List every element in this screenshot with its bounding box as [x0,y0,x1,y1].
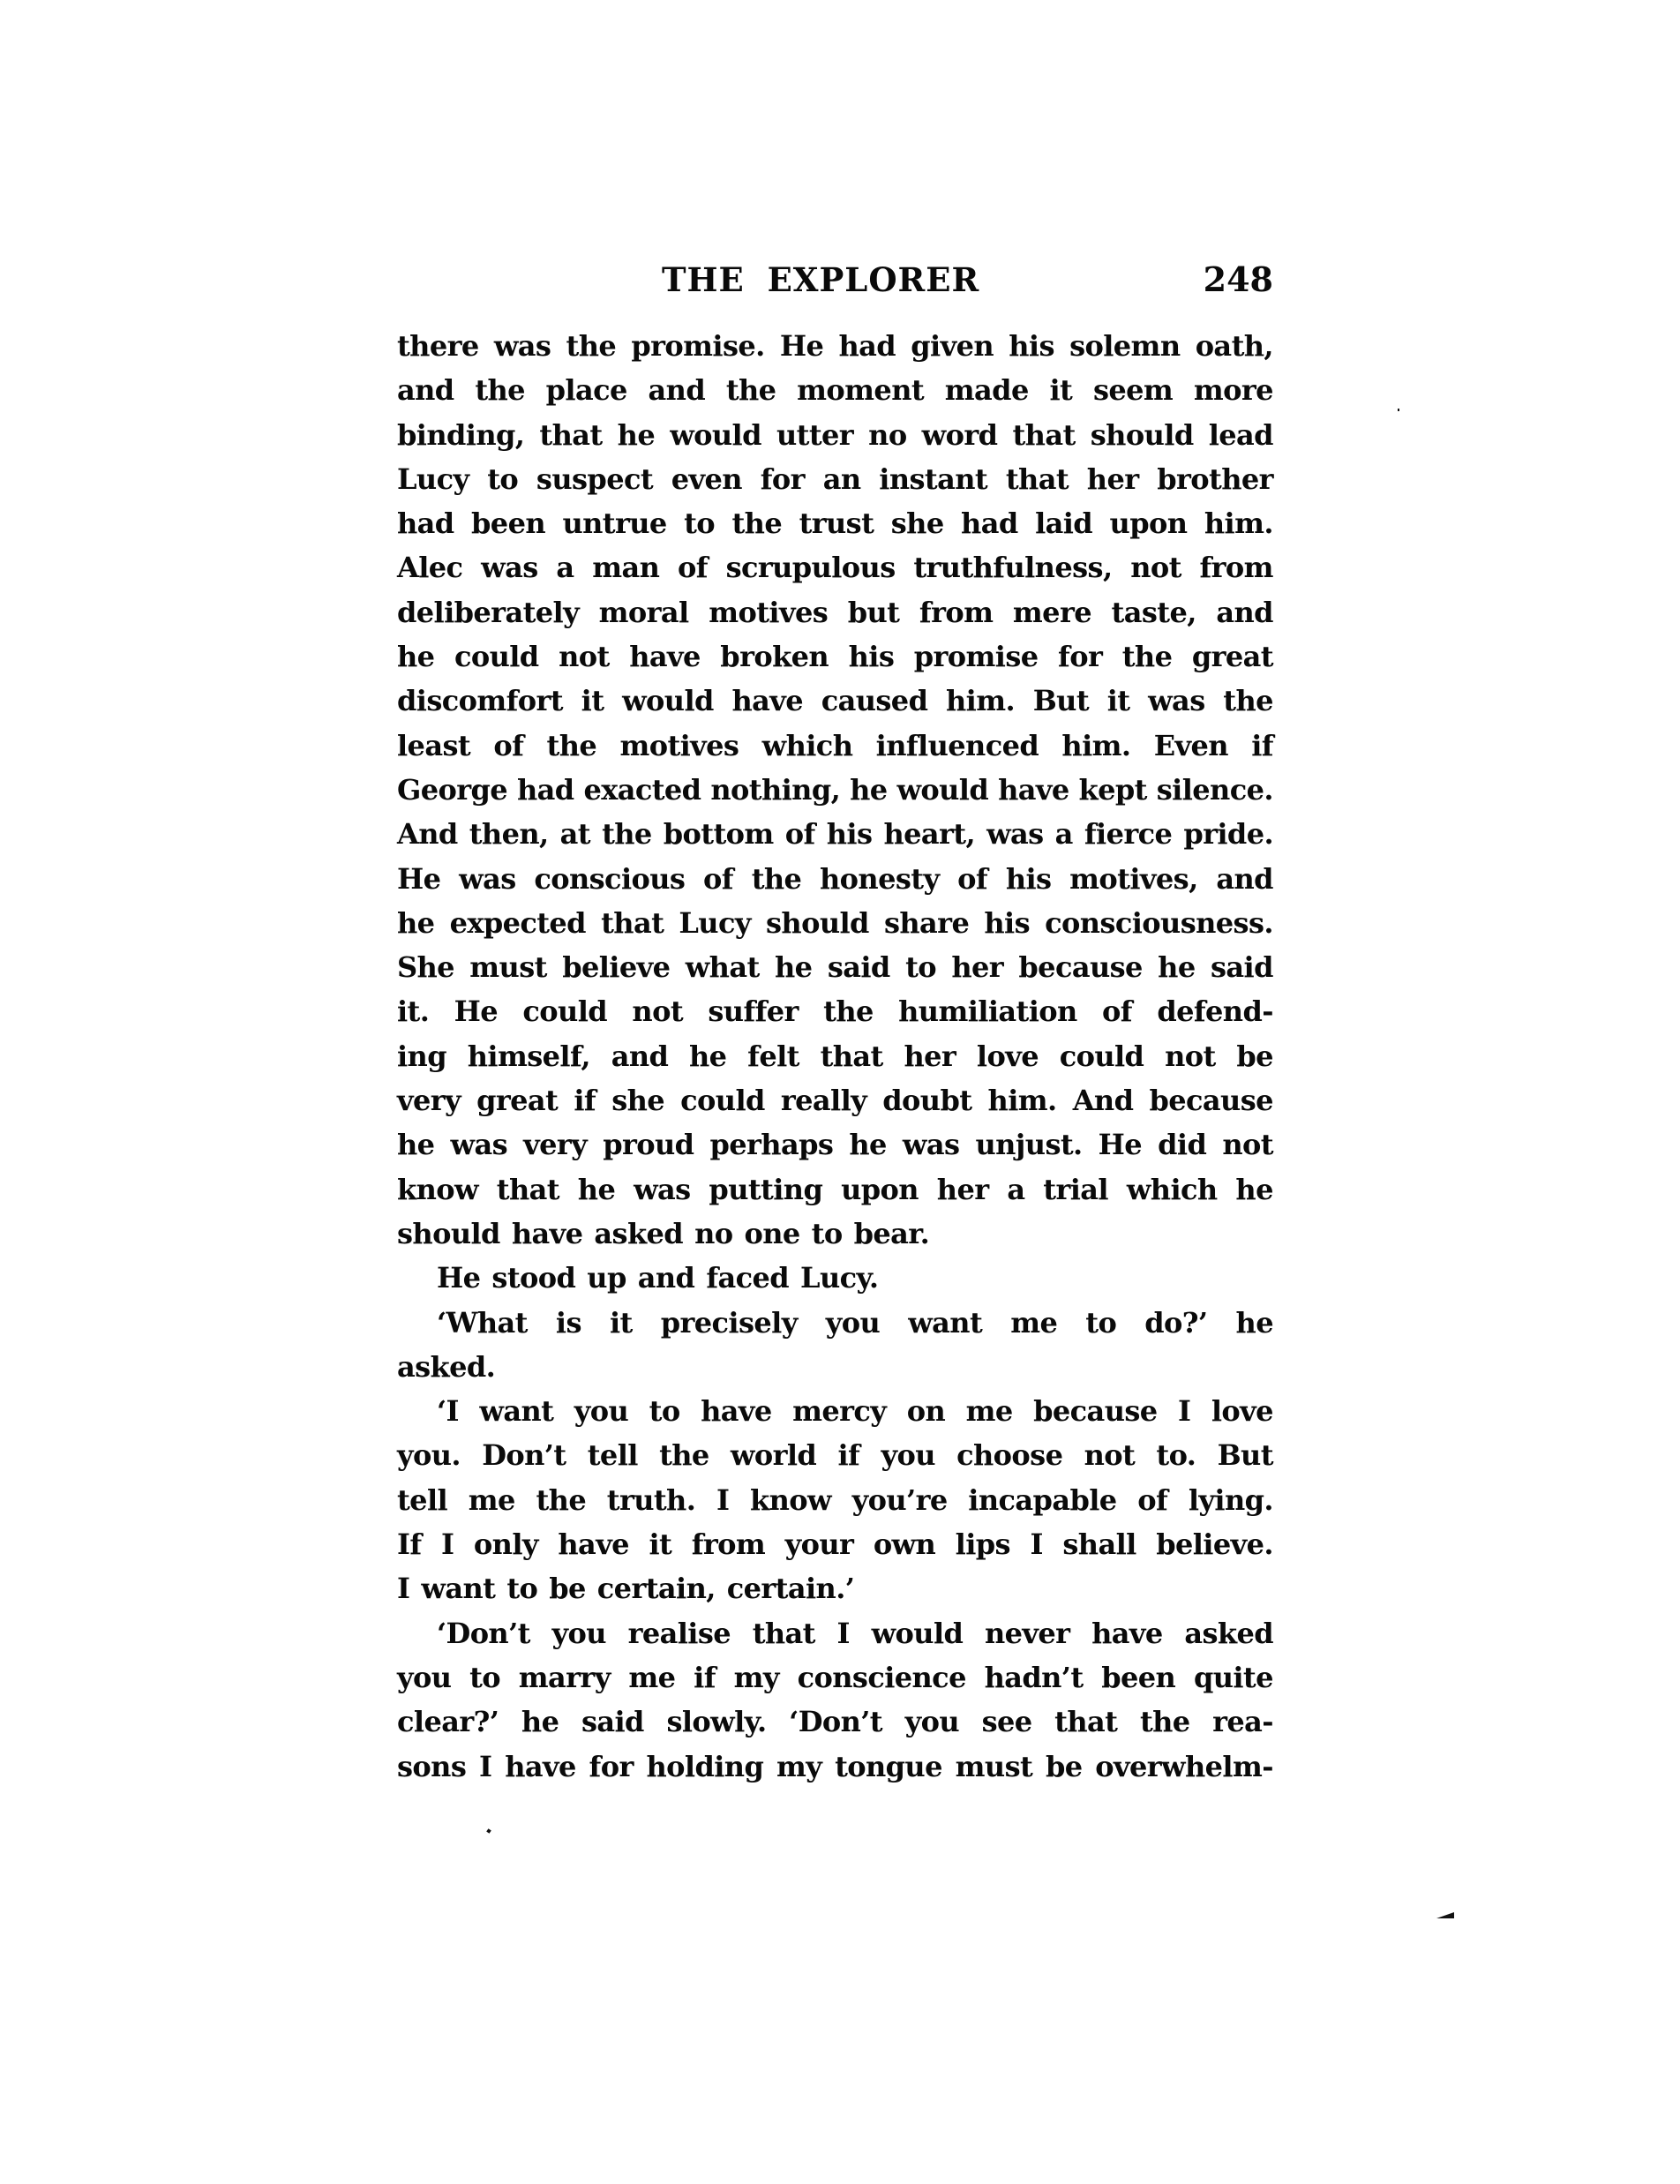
word: the [726,368,776,412]
word: taste, [1112,590,1196,634]
word: that [1054,1700,1117,1744]
word: and [611,1034,669,1078]
word: at [560,812,590,856]
word: that [1006,457,1069,501]
word: must [956,1745,1033,1789]
word: Lucy [397,457,469,501]
word: laid [1035,501,1092,545]
book-page: THE EXPLORER 248 therewasthepromise.Heha… [0,0,1680,2184]
word: believe [562,945,670,989]
word: an [823,457,861,501]
word: ‘Don’t [789,1700,882,1744]
word: you [574,1389,628,1433]
word: said [1211,945,1273,989]
word: man [592,545,659,589]
word: great [1192,634,1273,679]
word: Lucy. [800,1256,878,1300]
word: she [611,1078,664,1122]
word: said [828,945,890,989]
word: love [1211,1389,1273,1433]
word: proud [603,1122,694,1167]
word: bear. [854,1212,930,1256]
word: a [1055,812,1073,856]
word: But [1033,679,1089,723]
word: from [692,1522,765,1566]
word: expected [450,901,586,945]
word: instant [879,457,987,501]
word: a [1007,1167,1024,1212]
word: She [397,945,454,989]
word: what [686,945,760,989]
word: asked [1184,1611,1273,1655]
word: clear?’ [397,1700,499,1744]
word: the [752,857,802,901]
word: his [827,812,873,856]
word: would [670,413,761,457]
word: promise [914,634,1039,679]
word: his [1006,857,1052,901]
text-line: you.Don’ttelltheworldifyouchoosenotto.Bu… [397,1433,1273,1477]
word: should [397,1212,500,1256]
word: was [1148,679,1205,723]
word: had [961,501,1018,545]
word: he [775,945,812,989]
word: which [1127,1167,1218,1212]
text-line: andtheplaceandthemomentmadeitseemmore [397,368,1273,412]
word: the [1140,1700,1190,1744]
word: he [521,1700,559,1744]
word: one [744,1212,799,1256]
word: He [454,989,498,1033]
word: bottom [664,812,774,856]
word: And [397,812,458,856]
text-line: hadbeenuntruetothetrustshehadlaiduponhim… [397,501,1273,545]
word: oath, [1196,324,1273,368]
word: was [903,1122,960,1167]
word: He [437,1256,480,1300]
word: the [547,724,597,768]
word: lead [1209,413,1273,457]
word: He [397,857,440,901]
word: of [1137,1478,1167,1522]
word: but [848,590,900,634]
word: him. [988,1078,1057,1122]
text-line: it.Hecouldnotsufferthehumiliationofdefen… [397,989,1273,1033]
word: because [1149,1078,1272,1122]
text-line: Georgehadexactednothing,hewouldhavekepts… [397,768,1273,812]
body-text: therewasthepromise.Hehadgivenhissolemnoa… [397,324,1273,1789]
word: word [922,413,998,457]
word: for [761,457,805,501]
word: consciousness. [1045,901,1273,945]
word: exacted [583,768,701,812]
word: have [701,1389,772,1433]
word: had [838,324,896,368]
word: truthfulness, [913,545,1112,589]
word: marry [519,1655,611,1700]
word: from [919,590,993,634]
word: he [397,634,434,679]
word: you’re [852,1478,948,1522]
word: did [1158,1122,1206,1167]
text-line: Shemustbelievewhathesaidtoherbecausehesa… [397,945,1273,989]
word: doubt [882,1078,971,1122]
word: and [1216,857,1273,901]
word: her [951,945,1003,989]
scan-speck [486,1828,491,1834]
word: faced [706,1256,789,1300]
word: and [638,1256,695,1300]
word: his [1009,324,1054,368]
word: not [1165,1034,1216,1078]
word: I [1178,1389,1190,1433]
word: and [649,368,706,412]
word: he [1236,1301,1273,1345]
word: that [1013,413,1076,457]
word: I [1030,1522,1042,1566]
word: I [837,1611,850,1655]
word: seem [1093,368,1173,412]
word: Lucy [679,901,750,945]
text-line: binding,thathewouldutternowordthatshould… [397,413,1273,457]
word: I [397,1566,409,1610]
word: been [471,501,545,545]
text-line: Andthen,atthebottomofhisheart,wasafierce… [397,812,1273,856]
word: tell [397,1478,447,1522]
word: place [546,368,627,412]
word: he [397,901,434,945]
word: made [945,368,1029,412]
word: discomfort [397,679,563,723]
text-line: verygreatifshecouldreallydoubthim.Andbec… [397,1078,1273,1122]
word: on [907,1389,945,1433]
word: her [937,1167,989,1212]
running-head: THE EXPLORER 248 [397,258,1273,302]
word: of [678,545,708,589]
text-line: HestoodupandfacedLucy. [397,1256,1273,1300]
word: a [556,545,574,589]
word: to. [1156,1433,1196,1477]
text-line: youtomarrymeifmyconsciencehadn’tbeenquit… [397,1655,1273,1700]
word: him. [1061,724,1130,768]
word: you [826,1301,880,1345]
word: lips [956,1522,1010,1566]
word: his [849,634,895,679]
word: slowly. [666,1700,766,1744]
word: would [622,679,714,723]
word: sons [397,1745,466,1789]
word: and [1216,590,1273,634]
word: to [649,1389,680,1433]
text-line: ‘IwantyoutohavemercyonmebecauseIlove [397,1389,1273,1433]
word: he [397,1122,434,1167]
word: promise. [631,324,764,368]
word: that [601,901,664,945]
text-line: hewasveryproudperhapshewasunjust.Hedidno… [397,1122,1273,1167]
word: choose [956,1433,1062,1477]
text-line: therewasthepromise.Hehadgivenhissolemnoa… [397,324,1273,368]
word: could [454,634,539,679]
word: could [522,989,607,1033]
word: want [421,1566,495,1610]
word: great [476,1078,558,1122]
word: because [1018,945,1142,989]
word: it [649,1522,671,1566]
word: that [821,1034,883,1078]
word: realise [628,1611,731,1655]
word: own [874,1522,935,1566]
word: if [574,1078,596,1122]
word: love [977,1034,1039,1078]
word: your [785,1522,854,1566]
word: not [559,634,610,679]
word: humiliation [898,989,1077,1033]
word: motives [619,724,739,768]
word: know [750,1478,831,1522]
word: do?’ [1144,1301,1207,1345]
word: to [1085,1301,1116,1345]
word: solemn [1069,324,1180,368]
text-line: Alecwasamanofscrupuloustruthfulness,notf… [397,545,1273,589]
word: even [671,457,742,501]
word: her [1087,457,1139,501]
word: that [497,1167,559,1212]
word: kept [1079,768,1147,812]
word: putting [709,1167,822,1212]
word: for [589,1745,634,1789]
word: very [397,1078,461,1122]
word: the [659,1433,709,1477]
word: conscious [534,857,685,901]
word: from [1199,545,1272,589]
word: was [634,1167,691,1212]
word: trial [1043,1167,1108,1212]
word: shall [1062,1522,1136,1566]
word: Alec [397,545,462,589]
text-line: discomfortitwouldhavecausedhim.Butitwast… [397,679,1273,723]
word: the [732,501,783,545]
word: want [479,1389,553,1433]
word: motives, [1069,857,1197,901]
word: of [785,812,815,856]
word: it. [397,989,429,1033]
word: conscience [798,1655,966,1700]
word: he [578,1167,615,1212]
word: not [632,989,683,1033]
word: untrue [562,501,666,545]
word: me [966,1389,1013,1433]
word: mercy [792,1389,886,1433]
word: Don’t [482,1433,566,1477]
word: the [1223,679,1273,723]
word: tell [588,1433,638,1477]
word: hadn’t [985,1655,1084,1700]
word: be [1046,1745,1083,1789]
word: him. [946,679,1015,723]
word: have [512,1212,583,1256]
word: the [475,368,525,412]
word: lying. [1189,1478,1273,1522]
word: defend- [1157,989,1273,1033]
word: fierce [1084,812,1172,856]
word: honesty [820,857,939,901]
word: And [1073,1078,1134,1122]
word: suffer [708,989,798,1033]
word: never [985,1611,1069,1655]
word: given [911,324,994,368]
word: have [629,634,701,679]
word: if [1251,724,1273,768]
word: But [1218,1433,1273,1477]
word: the [823,989,874,1033]
word: have [998,768,1069,812]
word: not [1222,1122,1273,1167]
word: that [753,1611,815,1655]
word: my [776,1745,821,1789]
page-number: 248 [1204,258,1273,302]
word: had [397,501,454,545]
word: really [781,1078,866,1122]
word: it [1049,368,1072,412]
word: binding, [397,413,524,457]
word: upon [841,1167,919,1212]
word: there [397,324,479,368]
word: would [896,768,988,812]
word: he [850,768,887,812]
word: perhaps [710,1122,834,1167]
word: to [506,1566,537,1610]
word: brother [1157,457,1273,501]
word: no [868,413,906,457]
word: him. [1204,501,1273,545]
word: his [984,901,1030,945]
word: tongue [835,1745,942,1789]
word: holding [646,1745,763,1789]
word: me [1010,1301,1057,1345]
word: that [539,413,602,457]
word: I [716,1478,729,1522]
word: only [474,1522,538,1566]
word: you [552,1611,606,1655]
word: the [566,324,617,368]
word: it [1107,679,1130,723]
word: I [479,1745,491,1789]
word: be [1236,1034,1273,1078]
word: it [610,1301,633,1345]
word: believe. [1156,1522,1273,1566]
word: world [731,1433,816,1477]
word: utter [776,413,853,457]
word: then, [469,812,549,856]
word: to [469,1655,500,1700]
word: I [441,1522,454,1566]
word: asked [594,1212,683,1256]
word: you [905,1700,959,1744]
text-line: sonsIhaveforholdingmytonguemustbeoverwhe… [397,1745,1273,1789]
text-line: hecouldnothavebrokenhispromiseforthegrea… [397,634,1273,679]
text-line: heexpectedthatLucyshouldsharehisconsciou… [397,901,1273,945]
word: quite [1194,1655,1273,1700]
word: not [1130,545,1181,589]
word: want [908,1301,982,1345]
word: of [1102,989,1132,1033]
word: should [766,901,869,945]
word: you. [397,1433,461,1477]
text-line: Hewasconsciousofthehonestyofhismotives,a… [397,857,1273,901]
word: be [549,1566,586,1610]
word: was [459,857,516,901]
word: have [1091,1611,1163,1655]
word: to [812,1212,843,1256]
word: know [397,1167,478,1212]
text-line: inghimself,andhefeltthatherlovecouldnotb… [397,1034,1273,1078]
word: for [1058,634,1102,679]
word: mere [1013,590,1091,634]
word: felt [747,1034,799,1078]
text-line: shouldhaveaskednoonetobear. [397,1212,1273,1256]
word: if [694,1655,716,1700]
word: He [1099,1122,1142,1167]
word: could [1060,1034,1144,1078]
word: silence. [1157,768,1273,812]
word: you [881,1433,934,1477]
word: he [1158,945,1195,989]
word: no [694,1212,732,1256]
word: the [536,1478,586,1522]
word: unjust. [975,1122,1082,1167]
word: George [397,768,507,812]
text-line: Iwanttobecertain,certain.’ [397,1566,1273,1610]
word: he [1235,1167,1272,1212]
scan-speck [1398,409,1399,411]
word: which [762,724,853,768]
word: ‘I [437,1389,459,1433]
word: of [703,857,733,901]
word: she [891,501,944,545]
word: to [905,945,936,989]
text-line: deliberatelymoralmotivesbutfrommeretaste… [397,590,1273,634]
word: moral [599,590,689,634]
word: should [1091,413,1194,457]
word: pride. [1183,812,1273,856]
word: would [872,1611,964,1655]
word: of [493,724,523,768]
word: if [837,1433,859,1477]
word: ‘Don’t [437,1611,530,1655]
word: asked. [397,1345,495,1389]
text-line: clear?’hesaidslowly.‘Don’tyouseethatther… [397,1700,1273,1744]
word: he [689,1034,726,1078]
word: ‘What [437,1301,528,1345]
word: was [481,545,538,589]
word: her [904,1034,956,1078]
word: said [581,1700,644,1744]
word: because [1033,1389,1157,1433]
word: the [602,812,652,856]
text-line: leastofthemotiveswhichinfluencedhim.Even… [397,724,1273,768]
word: certain, [597,1566,716,1610]
word: moment [797,368,924,412]
word: motives [709,590,828,634]
word: nothing, [710,768,840,812]
word: overwhelm- [1095,1745,1273,1789]
word: certain.’ [727,1566,855,1610]
word: ing [397,1034,446,1078]
word: see [982,1700,1032,1744]
word: to [684,501,715,545]
word: the [1122,634,1173,679]
word: he [849,1122,886,1167]
